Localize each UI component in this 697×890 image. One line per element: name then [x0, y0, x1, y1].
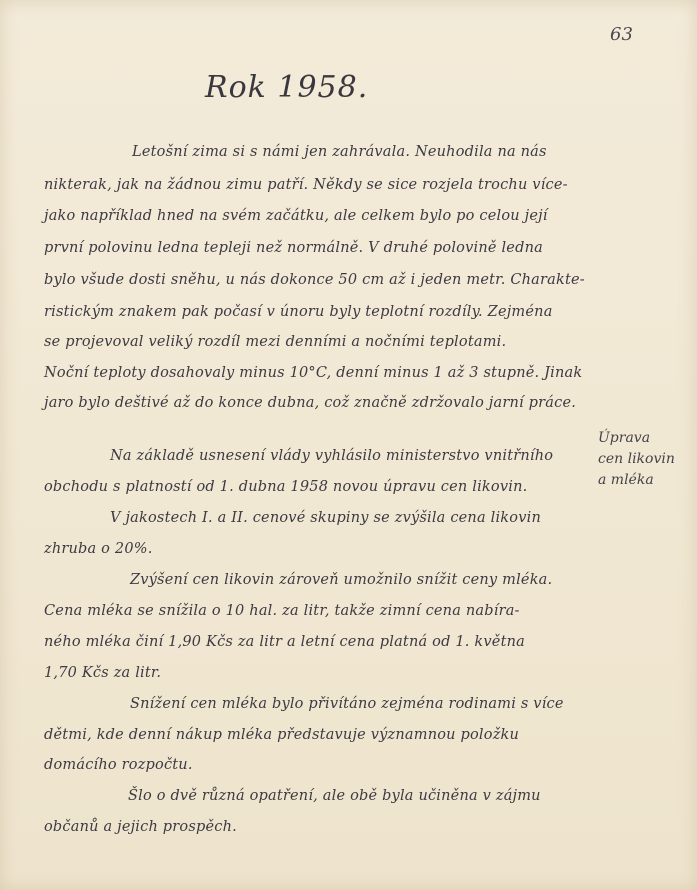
text-line: první polovinu ledna tepleji než normáln… [44, 240, 543, 256]
text-line: Letošní zima si s námi jen zahrávala. Ne… [132, 144, 547, 160]
margin-note-line: Úprava [598, 428, 694, 449]
text-line: občanů a jejich prospěch. [44, 819, 237, 835]
text-line: Snížení cen mléka bylo přivítáno zejména… [130, 696, 564, 712]
chronicle-page: 63 Rok 1958. Letošní zima si s námi jen … [0, 0, 697, 890]
text-line: V jakostech I. a II. cenové skupiny se z… [110, 510, 541, 526]
margin-note-line: cen likovin [598, 449, 694, 470]
text-line: bylo všude dosti sněhu, u nás dokonce 50… [44, 272, 585, 288]
text-line: zhruba o 20%. [44, 541, 153, 557]
text-line: obchodu s platností od 1. dubna 1958 nov… [44, 479, 527, 495]
text-line: ristickým znakem pak počasí v únoru byly… [44, 304, 553, 320]
text-line: ného mléka činí 1,90 Kčs za litr a letní… [44, 634, 525, 650]
text-line: domácího rozpočtu. [44, 757, 193, 773]
text-line: jaro bylo deštivé až do konce dubna, což… [44, 395, 576, 411]
text-line: dětmi, kde denní nákup mléka představuje… [44, 727, 519, 743]
margin-note: Úprava cen likovin a mléka [598, 428, 694, 491]
text-line: Šlo o dvě různá opatření, ale obě byla u… [128, 788, 541, 804]
text-line: se projevoval veliký rozdíl mezi denními… [44, 334, 506, 350]
text-line: nikterak, jak na žádnou zimu patří. Někd… [44, 177, 568, 193]
text-line: Na základě usnesení vlády vyhlásilo mini… [110, 448, 553, 464]
page-number: 63 [610, 24, 633, 45]
margin-note-line: a mléka [598, 470, 694, 491]
page-title: Rok 1958. [205, 70, 368, 105]
text-line: Cena mléka se snížila o 10 hal. za litr,… [44, 603, 520, 619]
text-line: 1,70 Kčs za litr. [44, 665, 161, 681]
text-line: jako například hned na svém začátku, ale… [44, 208, 548, 224]
text-line: Zvýšení cen likovin zároveň umožnilo sní… [130, 572, 552, 588]
text-line: Noční teploty dosahovaly minus 10°C, den… [44, 365, 582, 381]
